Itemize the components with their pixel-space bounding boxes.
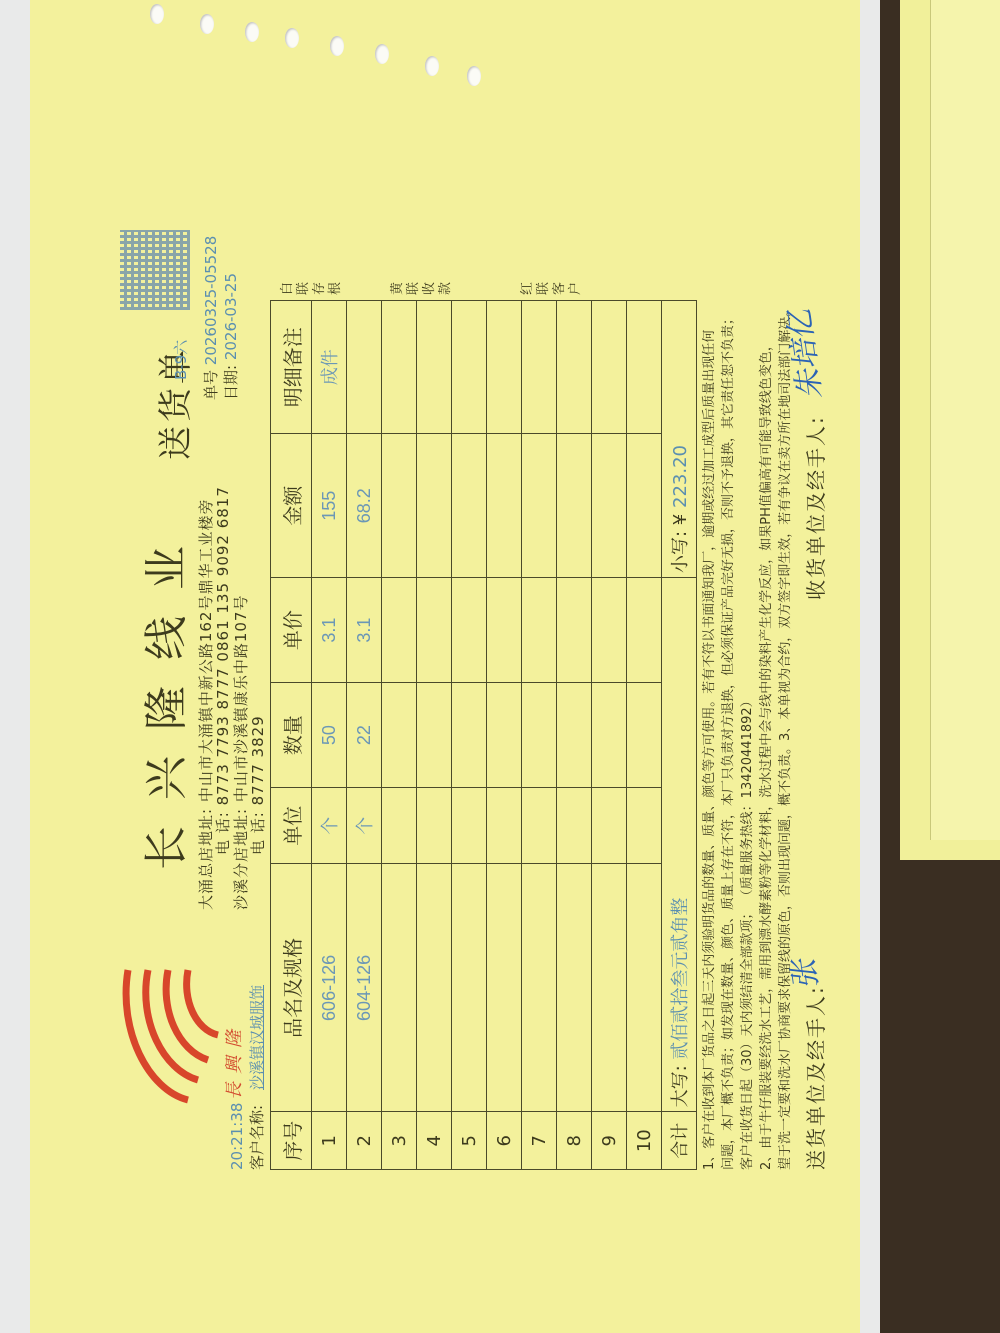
copy-label-yellow: 黄联收款: [390, 279, 454, 295]
table-row: 7: [522, 301, 557, 1170]
table-row: 6: [487, 301, 522, 1170]
tractor-hole: [425, 56, 439, 76]
row-no: 10: [627, 1112, 662, 1170]
order-date: 日期: 2026-03-25: [220, 273, 241, 400]
row-no: 6: [487, 1112, 522, 1170]
delivery-note-form: 長興隆 长兴隆线业 送货单 大涌总店地址: 中山市大涌镇中新公路162号鼎华工业…: [100, 100, 820, 1200]
table-row: 8: [557, 301, 592, 1170]
row-no: 3: [382, 1112, 417, 1170]
total-uppercase-value: 贰佰贰拾叁元贰角整: [670, 898, 691, 1060]
table-row: 10: [627, 301, 662, 1170]
row-no: 9: [592, 1112, 627, 1170]
table-row: 5: [452, 301, 487, 1170]
row-price: 3.1: [347, 577, 382, 682]
form-code: B-9六: [170, 340, 191, 380]
table-row: 4: [417, 301, 452, 1170]
tractor-hole: [150, 4, 164, 24]
tractor-hole: [330, 36, 344, 56]
row-no: 8: [557, 1112, 592, 1170]
tractor-hole: [200, 14, 214, 34]
tractor-hole: [467, 66, 481, 86]
table-row: 9: [592, 301, 627, 1170]
row-no: 1: [312, 1112, 347, 1170]
table-header-row: 序号 品名及规格 单位 数量 单价 金额 明细备注: [271, 301, 312, 1170]
customer-label: 客户名称:: [246, 1105, 267, 1170]
order-number: 单号 20260325-05528: [200, 236, 221, 400]
tractor-hole: [375, 44, 389, 64]
row-amount: 68.2: [347, 434, 382, 578]
total-uppercase: 大写: 贰佰贰拾叁元贰角整: [662, 577, 697, 1111]
row-name: 606-126: [312, 864, 347, 1112]
company-logo-icon: [118, 950, 228, 1120]
copy-label-red: 红联客户: [520, 279, 584, 295]
header-no: 序号: [271, 1112, 312, 1170]
print-time: 20:21:38: [228, 1103, 246, 1170]
header-name: 品名及规格: [271, 864, 312, 1112]
tractor-hole: [245, 22, 259, 42]
row-amount: 155: [312, 434, 347, 578]
total-lowercase: 小写: ¥ 223.20: [662, 301, 697, 578]
row-price: 3.1: [312, 577, 347, 682]
total-row: 合计 大写: 贰佰贰拾叁元贰角整 小写: ¥ 223.20: [662, 301, 697, 1170]
header-price: 单价: [271, 577, 312, 682]
table-row: 3: [382, 301, 417, 1170]
copy-label-white: 白联存根: [280, 279, 344, 295]
row-unit: 个: [347, 788, 382, 864]
header-note: 明细备注: [271, 301, 312, 434]
row-no: 4: [417, 1112, 452, 1170]
header-amount: 金额: [271, 434, 312, 578]
sender-signature-label: 送货单位及经手人:: [800, 985, 829, 1170]
row-qty: 22: [347, 683, 382, 788]
adjacent-delivery-note-top: [930, 0, 1000, 840]
row-no: 7: [522, 1112, 557, 1170]
logo-text: 長興隆: [220, 1022, 246, 1100]
table-row: 1 606-126 个 50 3.1 155 成件: [312, 301, 347, 1170]
delivery-note-sheet: 長興隆 长兴隆线业 送货单 大涌总店地址: 中山市大涌镇中新公路162号鼎华工业…: [30, 0, 860, 1333]
tractor-hole: [285, 28, 299, 48]
customer-name: 沙溪镇汉城服饰: [246, 985, 267, 1090]
header-unit: 单位: [271, 788, 312, 864]
row-qty: 50: [312, 683, 347, 788]
row-unit: 个: [312, 788, 347, 864]
row-note: [347, 301, 382, 434]
row-note: 成件: [312, 301, 347, 434]
row-no: 2: [347, 1112, 382, 1170]
header-qty: 数量: [271, 683, 312, 788]
receiver-signature-label: 收货单位及经手人:: [800, 415, 829, 600]
items-table: 序号 品名及规格 单位 数量 单价 金额 明细备注 1 606-126 个 50…: [270, 300, 697, 1170]
branch-phone: 电 话: 8777 3829: [247, 715, 268, 855]
total-lowercase-value: 223.20: [670, 445, 691, 508]
table-row: 2 604-126 个 22 3.1 68.2: [347, 301, 382, 1170]
qr-code-icon: [120, 230, 190, 310]
row-no: 5: [452, 1112, 487, 1170]
sender-signature: 张: [778, 957, 826, 993]
total-label: 合计: [662, 1112, 697, 1170]
row-name: 604-126: [347, 864, 382, 1112]
company-name: 长兴隆线业: [130, 520, 194, 870]
